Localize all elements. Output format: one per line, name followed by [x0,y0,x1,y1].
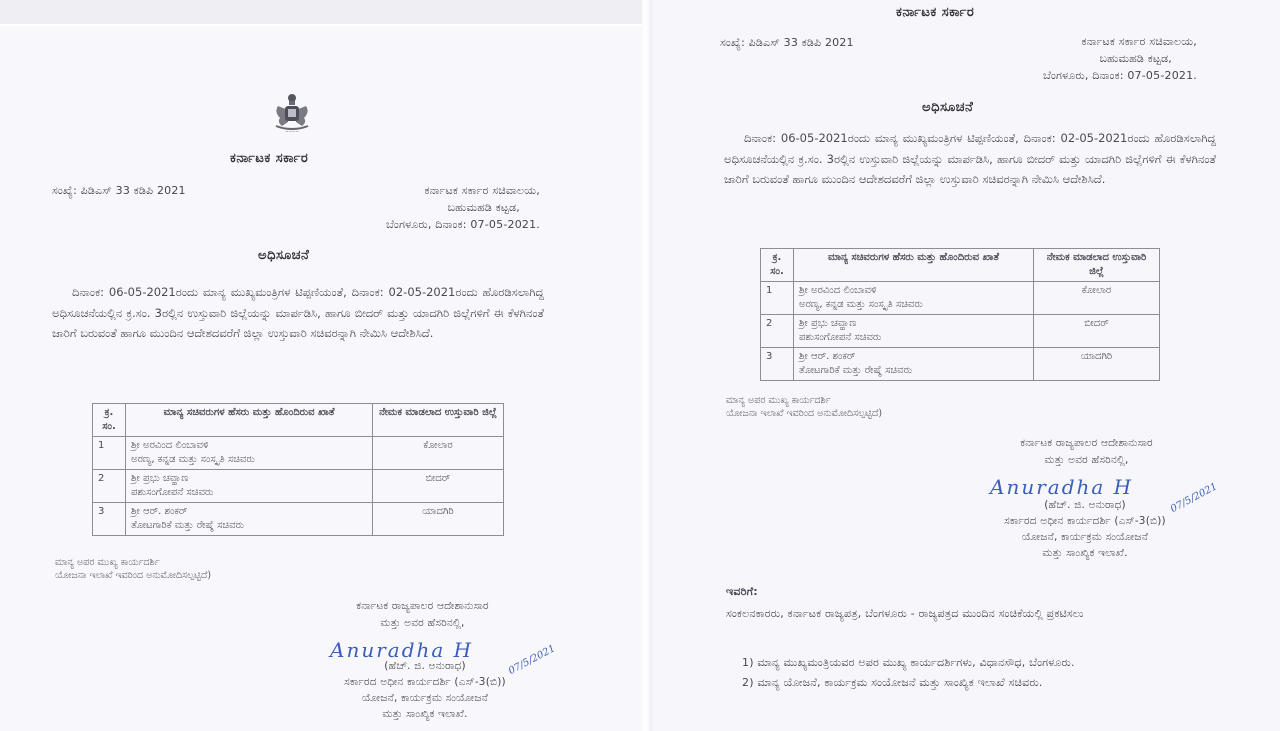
col-district: ನೇಮಕ ಮಾಡಲಾದ ಉಸ್ತುವಾರಿ ಜಿಲ್ಲೆ [1034,249,1160,282]
signatory-department: ಯೋಜನೆ, ಕಾರ್ಯಕ್ರಮ ಸಂಯೋಜನೆ [960,529,1210,545]
table-row: 3 ಶ್ರೀ ಆರ್. ಶಂಕರ್ತೋಟಗಾರಿಕೆ ಮತ್ತು ರೇಷ್ಮೆ … [93,503,504,536]
right-document: ಕರ್ನಾಟಕ ಸರ್ಕಾರ ಸಂಖ್ಯೆ: ಪಿಡಿಎಸ್ 33 ಕಡಿಪಿ … [652,0,1280,731]
minister-portfolio: ಅರಣ್ಯ, ಕನ್ನಡ ಮತ್ತು ಸಂಸ್ಕೃತಿ ಸಚಿವರು [799,298,1028,312]
row-serial: 2 [761,315,794,348]
signatory-name: (ಹೆಚ್. ಜಿ. ಅನುರಾಧ) [960,497,1210,513]
karnataka-emblem-icon: ~~~~ [270,90,314,134]
office-line: ಕರ್ನಾಟಕ ಸರ್ಕಾರ ಸಚಿವಾಲಯ, [345,182,540,199]
row-minister: ಶ್ರೀ ಅರವಿಂದ ಲಿಂಬಾವಳಿಅರಣ್ಯ, ಕನ್ನಡ ಮತ್ತು ಸ… [126,437,373,470]
office-address: ಕರ್ನಾಟಕ ಸರ್ಕಾರ ಸಚಿವಾಲಯ, ಬಹುಮಹಡಿ ಕಟ್ಟಡ, ಬ… [345,182,540,233]
copy-to-item: 2) ಮಾನ್ಯ ಯೋಜನೆ, ಕಾರ್ಯಕ್ರಮ ಸಂಯೋಜನೆ ಮತ್ತು … [742,675,1222,691]
governor-order: ಕರ್ನಾಟಕ ರಾಜ್ಯಪಾಲರ ಆದೇಶಾನುಸಾರ ಮತ್ತು ಅವರ ಹ… [964,435,1209,469]
page-divider [642,0,652,731]
table-header-row: ಕ್ರ. ಸಂ. ಮಾನ್ಯ ಸಚಿವರುಗಳ ಹೆಸರು ಮತ್ತು ಹೊಂದ… [761,249,1160,282]
order-line: ಕರ್ನಾಟಕ ರಾಜ್ಯಪಾಲರ ಆದೇಶಾನುಸಾರ [300,598,545,615]
row-district: ಯಾದಗಿರಿ [373,503,504,536]
row-serial: 1 [93,437,126,470]
row-district: ಯಾದಗಿರಿ [1034,348,1160,381]
governor-order: ಕರ್ನಾಟಕ ರಾಜ್ಯಪಾಲರ ಆದೇಶಾನುಸಾರ ಮತ್ತು ಅವರ ಹ… [300,598,545,632]
office-date: ಬೆಂಗಳೂರು, ದಿನಾಂಕ: 07-05-2021. [997,67,1197,84]
row-minister: ಶ್ರೀ ಆರ್. ಶಂಕರ್ತೋಟಗಾರಿಕೆ ಮತ್ತು ರೇಷ್ಮೆ ಸಚ… [794,348,1034,381]
signatory-department: ಮತ್ತು ಸಾಂಖ್ಯಿಕ ಇಲಾಖೆ. [300,706,550,722]
approval-footnote: ಮಾನ್ಯ ಅಪರ ಮುಖ್ಯ ಕಾರ್ಯದರ್ಶಿ ಯೋಜನಾ ಇಲಾಖೆ ಇ… [726,394,882,420]
office-date: ಬೆಂಗಳೂರು, ದಿನಾಂಕ: 07-05-2021. [345,216,540,233]
signatory-department: ಯೋಜನೆ, ಕಾರ್ಯಕ್ರಮ ಸಂಯೋಜನೆ [300,690,550,706]
government-heading: ಕರ್ನಾಟಕ ಸರ್ಕಾರ [896,5,974,20]
signatory-department: ಮತ್ತು ಸಾಂಖ್ಯಿಕ ಇಲಾಖೆ. [960,545,1210,561]
row-district: ಬೀದರ್ [373,470,504,503]
col-serial: ಕ್ರ. ಸಂ. [93,404,126,437]
table-row: 2 ಶ್ರೀ ಪ್ರಭು ಚವ್ಹಾಣಪಶುಸಂಗೋಪನೆ ಸಚಿವರು ಬೀದ… [93,470,504,503]
svg-text:~~~~: ~~~~ [285,129,298,134]
notice-body: ದಿನಾಂಕ: 06-05-2021ರಂದು ಮಾನ್ಯ ಮುಖ್ಯಮಂತ್ರಿ… [724,128,1216,190]
order-line: ಮತ್ತು ಅವರ ಹೆಸರಿನಲ್ಲಿ, [964,452,1209,469]
office-line: ಬಹುಮಹಡಿ ಕಟ್ಟಡ, [345,199,540,216]
row-minister: ಶ್ರೀ ಅರವಿಂದ ಲಿಂಬಾವಳಿಅರಣ್ಯ, ಕನ್ನಡ ಮತ್ತು ಸ… [794,282,1034,315]
table-header-row: ಕ್ರ. ಸಂ. ಮಾನ್ಯ ಸಚಿವರುಗಳ ಹೆಸರು ಮತ್ತು ಹೊಂದ… [93,404,504,437]
row-district: ಬೀದರ್ [1034,315,1160,348]
signatory-block: (ಹೆಚ್. ಜಿ. ಅನುರಾಧ) ಸರ್ಕಾರದ ಅಧೀನ ಕಾರ್ಯದರ್… [960,497,1210,561]
footnote-line: ಯೋಜನಾ ಇಲಾಖೆ ಇವರಿಂದ ಅನುಮೋದಿಸಲ್ಪಟ್ಟಿದೆ) [55,569,211,582]
minister-portfolio: ಅರಣ್ಯ, ಕನ್ನಡ ಮತ್ತು ಸಂಸ್ಕೃತಿ ಸಚಿವರು [131,453,367,467]
signatory-designation: ಸರ್ಕಾರದ ಅಧೀನ ಕಾರ್ಯದರ್ಶಿ (ಎಸ್-3(ಬಿ)) [960,513,1210,529]
reference-number: ಸಂಖ್ಯೆ: ಪಿಡಿಎಸ್ 33 ಕಡಿಪಿ 2021 [720,36,854,50]
row-serial: 2 [93,470,126,503]
minister-table: ಕ್ರ. ಸಂ. ಮಾನ್ಯ ಸಚಿವರುಗಳ ಹೆಸರು ಮತ್ತು ಹೊಂದ… [760,248,1160,381]
footnote-line: ಮಾನ್ಯ ಅಪರ ಮುಖ್ಯ ಕಾರ್ಯದರ್ಶಿ [726,394,882,407]
row-minister: ಶ್ರೀ ಪ್ರಭು ಚವ್ಹಾಣಪಶುಸಂಗೋಪನೆ ಸಚಿವರು [126,470,373,503]
minister-name: ಶ್ರೀ ಆರ್. ಶಂಕರ್ [131,505,367,519]
row-district: ಕೋಲಾರ [373,437,504,470]
order-line: ಕರ್ನಾಟಕ ರಾಜ್ಯಪಾಲರ ಆದೇಶಾನುಸಾರ [964,435,1209,452]
office-line: ಕರ್ನಾಟಕ ಸರ್ಕಾರ ಸಚಿವಾಲಯ, [997,33,1197,50]
col-minister: ಮಾನ್ಯ ಸಚಿವರುಗಳ ಹೆಸರು ಮತ್ತು ಹೊಂದಿರುವ ಖಾತೆ [794,249,1034,282]
reference-number: ಸಂಖ್ಯೆ: ಪಿಡಿಎಸ್ 33 ಕಡಿಪಿ 2021 [52,184,186,198]
minister-portfolio: ತೋಟಗಾರಿಕೆ ಮತ್ತು ರೇಷ್ಮೆ ಸಚಿವರು [131,519,367,533]
footnote-line: ಮಾನ್ಯ ಅಪರ ಮುಖ್ಯ ಕಾರ್ಯದರ್ಶಿ [55,556,211,569]
signatory-name: (ಹೆಚ್. ಜಿ. ಅನುರಾಧ) [300,658,550,674]
copy-to-item: 1) ಮಾನ್ಯ ಮುಖ್ಯಮಂತ್ರಿಯವರ ಅಪರ ಮುಖ್ಯ ಕಾರ್ಯದ… [742,655,1222,671]
minister-name: ಶ್ರೀ ಪ್ರಭು ಚವ್ಹಾಣ [131,472,367,486]
office-address: ಕರ್ನಾಟಕ ಸರ್ಕಾರ ಸಚಿವಾಲಯ, ಬಹುಮಹಡಿ ಕಟ್ಟಡ, ಬ… [997,33,1197,84]
minister-portfolio: ಪಶುಸಂಗೋಪನೆ ಸಚಿವರು [799,331,1028,345]
approval-footnote: ಮಾನ್ಯ ಅಪರ ಮುಖ್ಯ ಕಾರ್ಯದರ್ಶಿ ಯೋಜನಾ ಇಲಾಖೆ ಇ… [55,556,211,582]
row-minister: ಶ್ರೀ ಪ್ರಭು ಚವ್ಹಾಣಪಶುಸಂಗೋಪನೆ ಸಚಿವರು [794,315,1034,348]
minister-name: ಶ್ರೀ ಅರವಿಂದ ಲಿಂಬಾವಳಿ [799,284,1028,298]
footnote-line: ಯೋಜನಾ ಇಲಾಖೆ ಇವರಿಂದ ಅನುಮೋದಿಸಲ್ಪಟ್ಟಿದೆ) [726,407,882,420]
copy-to-label: ಇವರಿಗೆ: [726,585,758,599]
signature: Anuradha H [990,475,1133,499]
minister-table: ಕ್ರ. ಸಂ. ಮಾನ್ಯ ಸಚಿವರುಗಳ ಹೆಸರು ಮತ್ತು ಹೊಂದ… [92,403,504,536]
minister-name: ಶ್ರೀ ಪ್ರಭು ಚವ್ಹಾಣ [799,317,1028,331]
col-serial: ಕ್ರ. ಸಂ. [761,249,794,282]
government-heading: ಕರ್ನಾಟಕ ಸರ್ಕಾರ [230,151,308,166]
signatory-block: (ಹೆಚ್. ಜಿ. ಅನುರಾಧ) ಸರ್ಕಾರದ ಅಧೀನ ಕಾರ್ಯದರ್… [300,658,550,722]
row-serial: 1 [761,282,794,315]
minister-name: ಶ್ರೀ ಅರವಿಂದ ಲಿಂಬಾವಳಿ [131,439,367,453]
row-serial: 3 [93,503,126,536]
minister-portfolio: ತೋಟಗಾರಿಕೆ ಮತ್ತು ರೇಷ್ಮೆ ಸಚಿವರು [799,364,1028,378]
col-minister: ಮಾನ್ಯ ಸಚಿವರುಗಳ ಹೆಸರು ಮತ್ತು ಹೊಂದಿರುವ ಖಾತೆ [126,404,373,437]
notice-title: ಅಧಿಸೂಚನೆ [258,248,309,263]
order-line: ಮತ್ತು ಅವರ ಹೆಸರಿನಲ್ಲಿ, [300,615,545,632]
row-minister: ಶ್ರೀ ಆರ್. ಶಂಕರ್ತೋಟಗಾರಿಕೆ ಮತ್ತು ರೇಷ್ಮೆ ಸಚ… [126,503,373,536]
left-document: ~~~~ ಕರ್ನಾಟಕ ಸರ್ಕಾರ ಸಂಖ್ಯೆ: ಪಿಡಿಎಸ್ 33 ಕ… [0,26,642,731]
col-district: ನೇಮಕ ಮಾಡಲಾದ ಉಸ್ತುವಾರಿ ಜಿಲ್ಲೆ [373,404,504,437]
minister-name: ಶ್ರೀ ಆರ್. ಶಂಕರ್ [799,350,1028,364]
table-row: 2 ಶ್ರೀ ಪ್ರಭು ಚವ್ಹಾಣಪಶುಸಂಗೋಪನೆ ಸಚಿವರು ಬೀದ… [761,315,1160,348]
row-district: ಕೋಲಾರ [1034,282,1160,315]
signatory-designation: ಸರ್ಕಾರದ ಅಧೀನ ಕಾರ್ಯದರ್ಶಿ (ಎಸ್-3(ಬಿ)) [300,674,550,690]
table-row: 3 ಶ್ರೀ ಆರ್. ಶಂಕರ್ತೋಟಗಾರಿಕೆ ಮತ್ತು ರೇಷ್ಮೆ … [761,348,1160,381]
row-serial: 3 [761,348,794,381]
table-row: 1 ಶ್ರೀ ಅರವಿಂದ ಲಿಂಬಾವಳಿಅರಣ್ಯ, ಕನ್ನಡ ಮತ್ತು… [93,437,504,470]
minister-portfolio: ಪಶುಸಂಗೋಪನೆ ಸಚಿವರು [131,486,367,500]
notice-body: ದಿನಾಂಕ: 06-05-2021ರಂದು ಮಾನ್ಯ ಮುಖ್ಯಮಂತ್ರಿ… [52,282,544,344]
office-line: ಬಹುಮಹಡಿ ಕಟ್ಟಡ, [997,50,1197,67]
table-row: 1 ಶ್ರೀ ಅರವಿಂದ ಲಿಂಬಾವಳಿಅರಣ್ಯ, ಕನ್ನಡ ಮತ್ತು… [761,282,1160,315]
copy-to-list: 1) ಮಾನ್ಯ ಮುಖ್ಯಮಂತ್ರಿಯವರ ಅಪರ ಮುಖ್ಯ ಕಾರ್ಯದ… [742,655,1222,691]
copy-to-intro: ಸಂಕಲನಕಾರರು, ಕರ್ನಾಟಕ ರಾಜ್ಯಪತ್ರ, ಬೆಂಗಳೂರು … [726,605,1226,623]
notice-title: ಅಧಿಸೂಚನೆ [922,100,973,115]
top-strip [0,0,642,26]
